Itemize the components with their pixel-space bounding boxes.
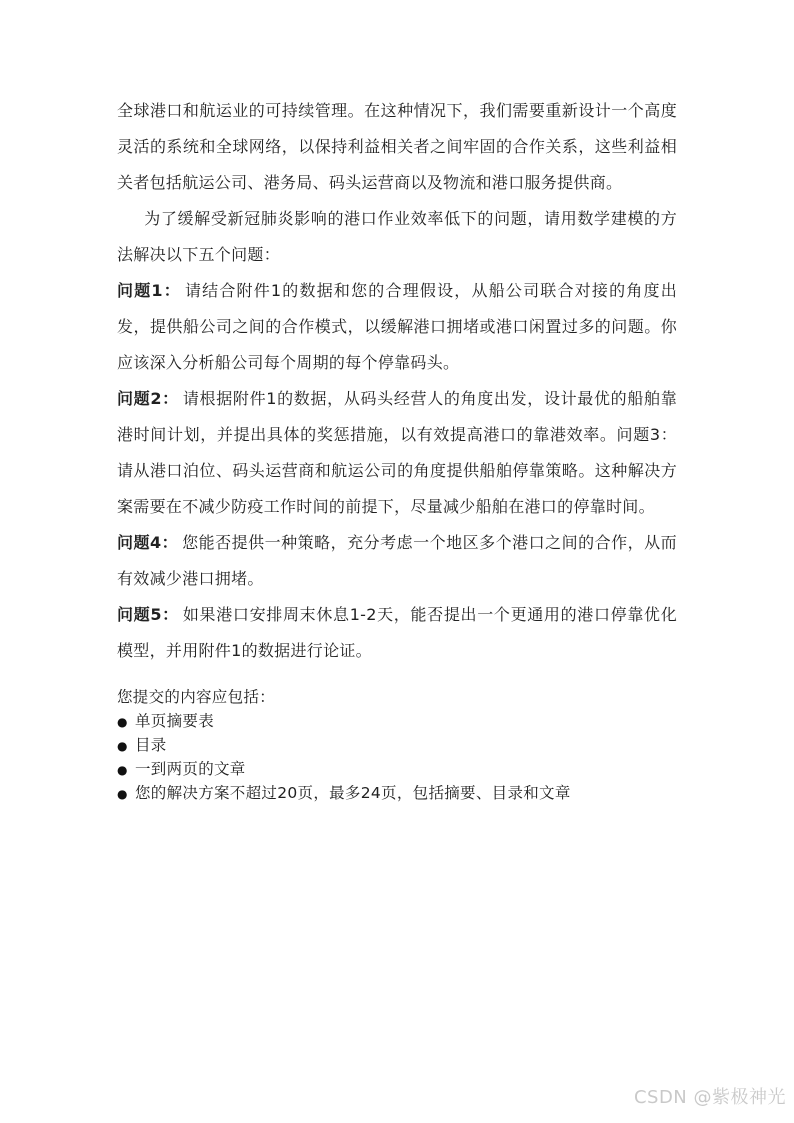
problem-5-text: 如果港口安排周末休息1-2天，能否提出一个更通用的港口停靠优化模型，并用附件1的… [117, 605, 677, 660]
list-item: ●目录 [117, 734, 677, 758]
list-item-text: 您的解决方案不超过20页，最多24页，包括摘要、目录和文章 [135, 782, 571, 805]
submission-requirements: 您提交的内容应包括： ●单页摘要表 ●目录 ●一到两页的文章 ●您的解决方案不超… [117, 685, 677, 806]
paragraph-problem-1: 问题1：请结合附件1的数据和您的合理假设，从船公司联合对接的角度出发，提供船公司… [117, 273, 677, 381]
csdn-watermark: CSDN @紫极神光 [634, 1083, 786, 1109]
document-page: 全球港口和航运业的可持续管理。在这种情况下，我们需要重新设计一个高度灵活的系统和… [0, 0, 794, 1123]
list-item: ●单页摘要表 [117, 710, 677, 734]
paragraph-task-overview: 为了缓解受新冠肺炎影响的港口作业效率低下的问题，请用数学建模的方法解决以下五个问… [117, 201, 677, 273]
submission-list: ●单页摘要表 ●目录 ●一到两页的文章 ●您的解决方案不超过20页，最多24页，… [117, 710, 677, 806]
bullet-icon: ● [117, 783, 135, 806]
list-item: ●一到两页的文章 [117, 758, 677, 782]
problem-2-label: 问题2： [117, 389, 179, 408]
problem-4-label: 问题4： [117, 533, 178, 552]
problem-1-text: 请结合附件1的数据和您的合理假设，从船公司联合对接的角度出发，提供船公司之间的合… [117, 281, 677, 372]
document-body: 全球港口和航运业的可持续管理。在这种情况下，我们需要重新设计一个高度灵活的系统和… [117, 93, 677, 806]
problem-5-label: 问题5： [117, 605, 179, 624]
paragraph-problem-4: 问题4：您能否提供一种策略，充分考虑一个地区多个港口之间的合作，从而有效减少港口… [117, 525, 677, 597]
list-item-text: 目录 [135, 734, 167, 757]
list-item-text: 一到两页的文章 [135, 758, 246, 781]
problem-1-label: 问题1： [117, 281, 181, 300]
list-item-text: 单页摘要表 [135, 710, 214, 733]
list-item: ●您的解决方案不超过20页，最多24页，包括摘要、目录和文章 [117, 782, 677, 806]
problem-2-text: 请根据附件1的数据，从码头经营人的角度出发，设计最优的船舶靠港时间计划，并提出具… [117, 389, 677, 516]
paragraph-problem-2: 问题2：请根据附件1的数据，从码头经营人的角度出发，设计最优的船舶靠港时间计划，… [117, 381, 677, 525]
bullet-icon: ● [117, 759, 135, 782]
paragraph-problem-5: 问题5：如果港口安排周末休息1-2天，能否提出一个更通用的港口停靠优化模型，并用… [117, 597, 677, 669]
problem-4-text: 您能否提供一种策略，充分考虑一个地区多个港口之间的合作，从而有效减少港口拥堵。 [117, 533, 677, 588]
bullet-icon: ● [117, 735, 135, 758]
paragraph-intro-continuation: 全球港口和航运业的可持续管理。在这种情况下，我们需要重新设计一个高度灵活的系统和… [117, 93, 677, 201]
submission-intro: 您提交的内容应包括： [117, 685, 677, 709]
bullet-icon: ● [117, 711, 135, 734]
